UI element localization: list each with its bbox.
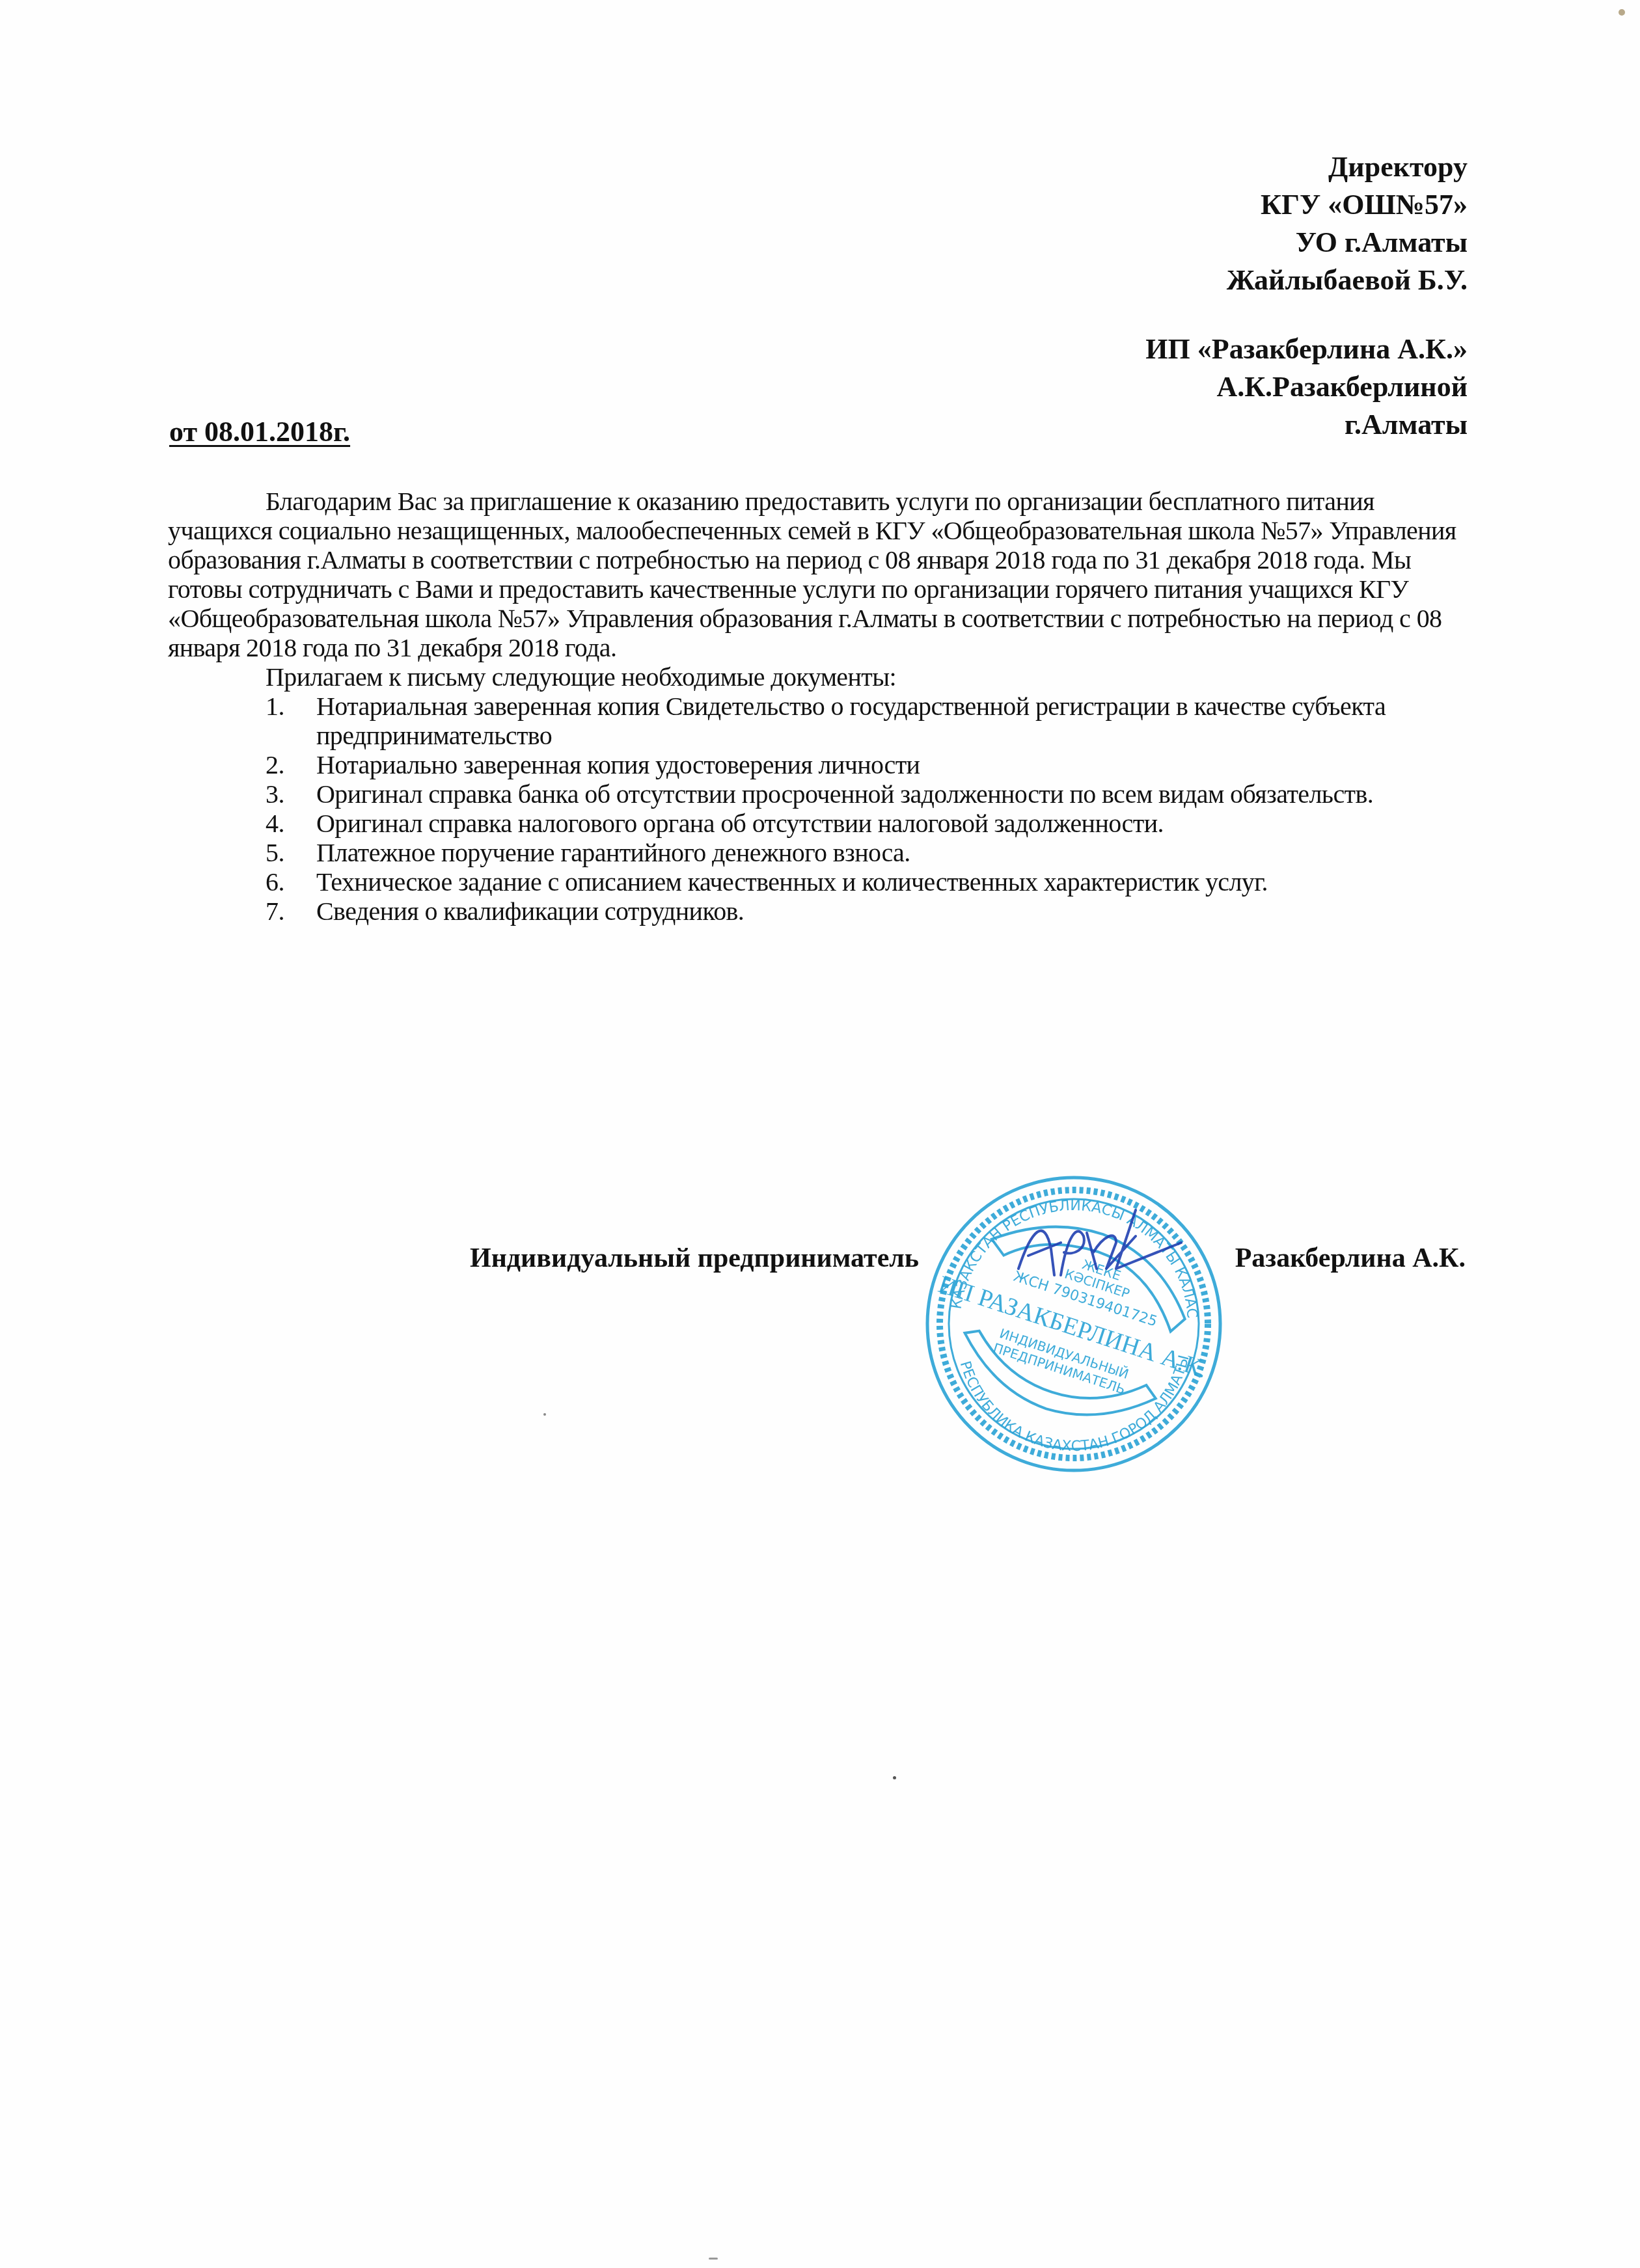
signer-name: Разакберлина А.К. (1235, 1243, 1466, 1274)
list-item: 5.Платежное поручение гарантийного денеж… (168, 838, 1483, 867)
signer-title: Индивидуальный предприниматель (470, 1243, 919, 1274)
scan-speck (543, 1413, 546, 1416)
addressee-line: Жайлыбаевой Б.У. (1145, 262, 1468, 299)
sender-line: А.К.Разакберлиной (1145, 368, 1468, 406)
list-item: 2.Нотариально заверенная копия удостовер… (168, 750, 1483, 779)
official-stamp-icon: КАЗАКСТАН РЕСПУБЛИКАСЫ АЛМАТЫ КАЛАСЫ РЕС… (921, 1171, 1227, 1477)
sender-line: ИП «Разакберлина А.К.» (1145, 331, 1468, 368)
list-item: 4.Оригинал справка налогового органа об … (168, 809, 1483, 838)
letter-date: от 08.01.2018г. (169, 415, 350, 448)
scan-speck (709, 2258, 718, 2260)
addressee-line: Директору (1145, 148, 1468, 186)
addressee-line: УО г.Алматы (1145, 224, 1468, 262)
scan-speck (893, 1776, 896, 1779)
letter-body: Благодарим Вас за приглашение к оказанию… (168, 487, 1483, 926)
letter-page: Директору КГУ «ОШ№57» УО г.Алматы Жайлыб… (0, 0, 1640, 2268)
list-item: 6.Техническое задание с описанием качест… (168, 867, 1483, 897)
addressee-block: Директору КГУ «ОШ№57» УО г.Алматы Жайлыб… (1145, 148, 1468, 444)
main-paragraph: Благодарим Вас за приглашение к оказанию… (168, 487, 1483, 662)
list-item: 7.Сведения о квалификации сотрудников. (168, 897, 1483, 926)
addressee-line: КГУ «ОШ№57» (1145, 186, 1468, 224)
list-item: 1.Нотариальная заверенная копия Свидетел… (168, 692, 1483, 750)
attachments-intro: Прилагаем к письму следующие необходимые… (168, 662, 1483, 692)
sender-line: г.Алматы (1145, 406, 1468, 444)
scan-speck (1619, 9, 1625, 16)
attachments-list: 1.Нотариальная заверенная копия Свидетел… (168, 692, 1483, 926)
list-item: 3.Оригинал справка банка об отсутствии п… (168, 779, 1483, 809)
